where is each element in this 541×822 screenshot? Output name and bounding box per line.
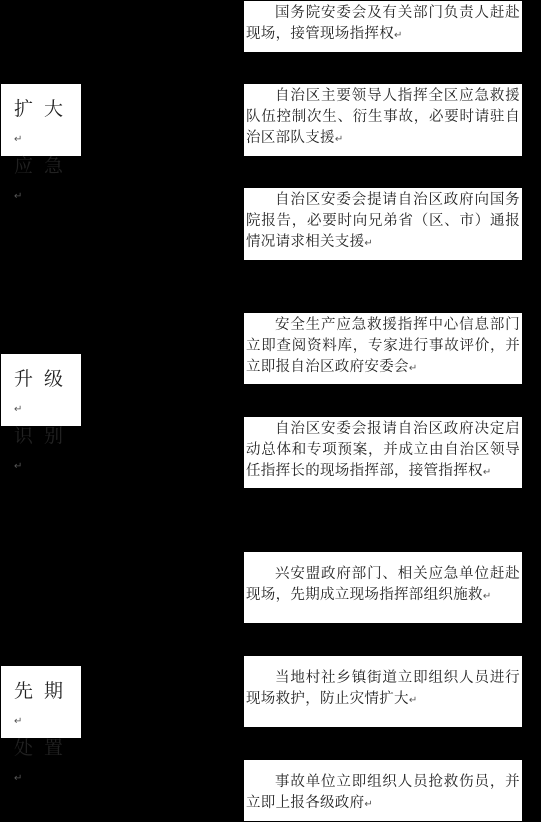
stage-expand-emergency: 扩大↵ 应急↵ [1,84,81,156]
step-box-8: 事故单位立即组织人员抢救伤员，并立即上报各级政府↵ [244,760,522,821]
step-box-2: 自治区主要领导人指挥全区应急救援队伍控制次生、衍生事故，必要时请驻自治区部队支援… [244,84,522,156]
step-box-7: 当地村社乡镇街道立即组织人员进行现场救护，防止灾情扩大↵ [244,656,522,727]
step-box-1: 国务院安委会及有关部门负责人赶赴现场，接管现场指挥权↵ [244,1,522,52]
step-box-5: 自治区安委会报请自治区政府决定启动总体和专项预案，并成立由自治区领导任指挥长的现… [244,417,522,488]
step-box-3: 自治区安委会提请自治区政府向国务院报告，必要时向兄弟省（区、市）通报情况请求相关… [244,188,522,260]
stage-upgrade-identify: 升级↵ 识别↵ [1,354,81,426]
stage-initial-response: 先期↵ 处置↵ [1,666,81,738]
step-box-6: 兴安盟政府部门、相关应急单位赶赴现场，先期成立现场指挥部组织施救↵ [244,552,522,623]
step-box-4: 安全生产应急救援指挥中心信息部门立即查阅资料库，专家进行事故评价，并立即报自治区… [244,313,522,384]
